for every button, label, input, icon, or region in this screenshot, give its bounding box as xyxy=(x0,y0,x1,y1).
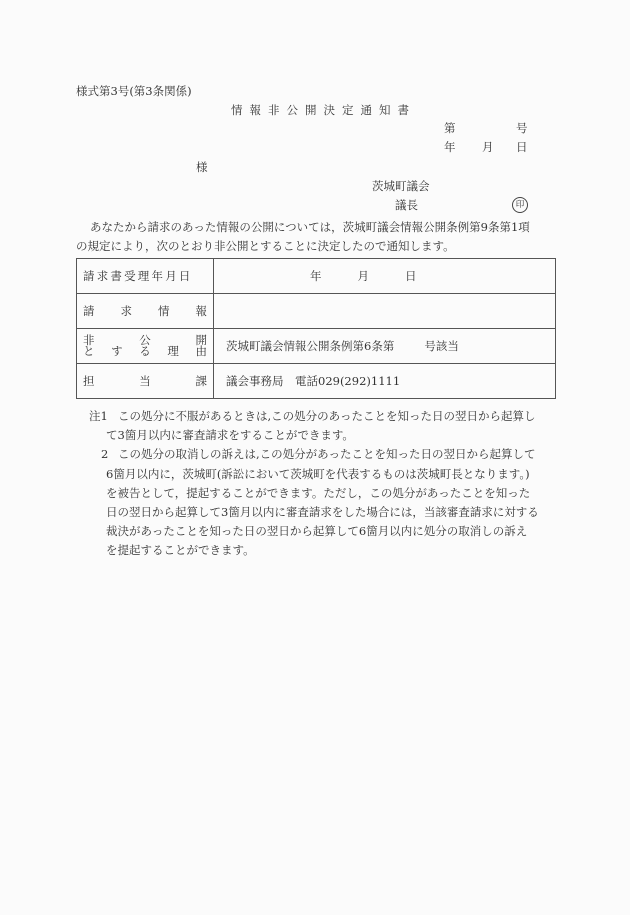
label-char: 由 xyxy=(196,346,208,357)
note-1-label: 注1 xyxy=(89,409,108,423)
label-char: 理 xyxy=(167,346,179,357)
label-requested-info: 請 求 情 報 xyxy=(77,294,214,329)
label-receipt-date: 請求書受理年月日 xyxy=(77,259,214,294)
reason-suffix: 号該当 xyxy=(424,339,459,353)
number-suffix: 号 xyxy=(516,121,528,135)
label-char: と xyxy=(83,346,95,357)
note-2-line-3: を被告として，提起することができます。ただし，この処分があったことを知った xyxy=(106,486,530,500)
date-year: 年 xyxy=(444,140,456,154)
date-month: 月 xyxy=(482,140,494,154)
label-department: 担 当 課 xyxy=(77,364,214,399)
note-1-line-1: この処分に不服があるときは,この処分のあったことを知った日の翌日から起算し xyxy=(118,409,536,423)
value-nondisclosure-reason: 茨城町議会情報公開条例第6条第号該当 xyxy=(214,329,556,364)
addressee-honorific: 様 xyxy=(196,160,208,174)
label-char: 当 xyxy=(139,373,151,389)
body-paragraph: あなたから請求のあった情報の公開については，茨城町議会情報公開条例第9条第1項 … xyxy=(90,218,555,256)
issuer-organization: 茨城町議会 xyxy=(372,179,430,193)
label-char: る xyxy=(139,346,151,357)
seal-icon: 印 xyxy=(512,197,528,213)
label-char: 求 xyxy=(121,303,133,319)
label-char: 情 xyxy=(158,303,170,319)
document-title: 情報非公開決定通知書 xyxy=(231,103,416,117)
date-day: 日 xyxy=(516,140,528,154)
reason-prefix: 茨城町議会情報公開条例第6条第 xyxy=(226,339,394,353)
note-2-line-5: 裁決があったことを知った日の翌日から起算して6箇月以内に処分の取消しの訴え xyxy=(106,524,527,538)
number-prefix: 第 xyxy=(444,121,456,135)
label-char: 請 xyxy=(83,303,95,319)
issuer-title: 議長 xyxy=(395,198,418,212)
body-line-2: の規定により，次のとおり非公開とすることに決定したので通知します。 xyxy=(76,237,555,256)
receipt-year: 年 xyxy=(310,268,322,284)
label-char: 担 xyxy=(83,373,95,389)
value-requested-info xyxy=(214,294,556,329)
body-line-1: あなたから請求のあった情報の公開については，茨城町議会情報公開条例第9条第1項 xyxy=(90,220,530,234)
info-table: 請求書受理年月日 年 月 日 請 求 情 報 非 公 開 xyxy=(76,258,556,399)
table-row: 請 求 情 報 xyxy=(77,294,556,329)
value-receipt-date: 年 月 日 xyxy=(214,259,556,294)
table-row: 担 当 課 議会事務局 電話029(292)1111 xyxy=(77,364,556,399)
note-2-line-2: 6箇月以内に，茨城町(訴訟において茨城町を代表するものは茨城町長となります。) xyxy=(106,467,530,481)
note-2-label: 2 xyxy=(101,447,108,461)
note-1-line-2: て3箇月以内に審査請求をすることができます。 xyxy=(106,428,354,442)
table-row: 請求書受理年月日 年 月 日 xyxy=(77,259,556,294)
table-row: 非 公 開 と す る 理 由 茨城町議会情報公開条例第6条第号該当 xyxy=(77,329,556,364)
note-2-line-4: 日の翌日から起算して3箇月以内に審査請求をした場合には，当該審査請求に対する xyxy=(106,505,539,519)
note-2-line-6: を提起することができます。 xyxy=(106,543,255,557)
label-char: 課 xyxy=(196,373,208,389)
label-nondisclosure-reason: 非 公 開 と す る 理 由 xyxy=(77,329,214,364)
receipt-month: 月 xyxy=(358,268,370,284)
note-2-line-1: この処分の取消しの訴えは,この処分があったことを知った日の翌日から起算して xyxy=(118,447,536,461)
form-number: 様式第3号(第3条関係) xyxy=(76,84,192,98)
receipt-day: 日 xyxy=(405,268,417,284)
label-char: す xyxy=(111,346,123,357)
label-char: 報 xyxy=(196,303,208,319)
value-department: 議会事務局 電話029(292)1111 xyxy=(214,364,556,399)
